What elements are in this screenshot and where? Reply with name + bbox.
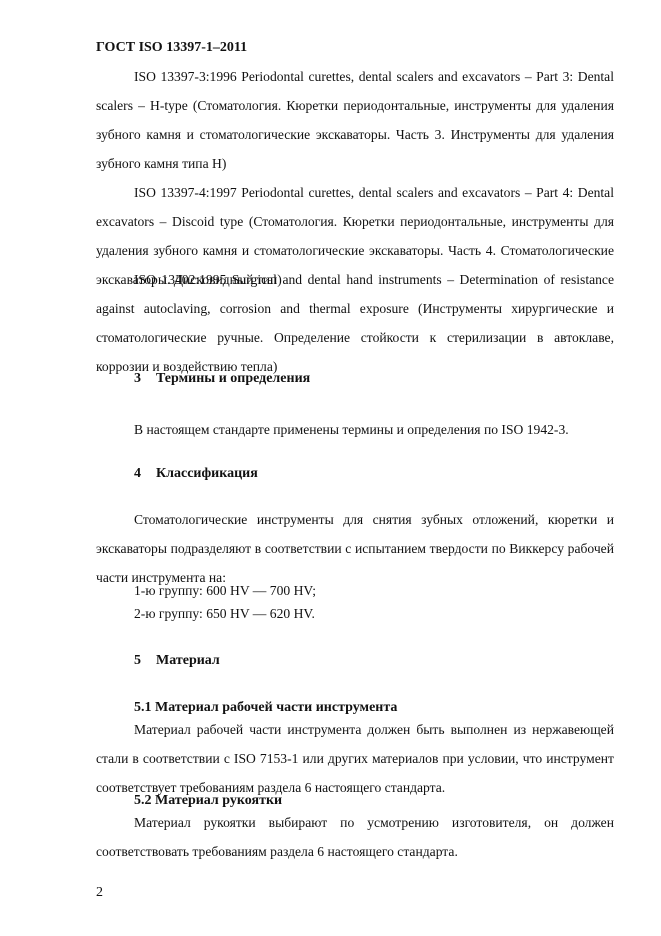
section-number: 3 (134, 370, 156, 388)
subsection-5-2-text: Материал рукоятки выбирают по усмотрению… (96, 808, 614, 866)
section-title: Материал (156, 653, 220, 668)
reference-paragraph: ISO 13402:1995 Surgical and dental hand … (96, 265, 614, 381)
section-3-heading: 3Термины и определения (134, 370, 310, 388)
document-header: ГОСТ ISO 13397-1–2011 (96, 39, 247, 57)
section-title: Классификация (156, 466, 258, 481)
section-4-heading: 4Классификация (134, 465, 258, 483)
reference-paragraph: ISO 13397-3:1996 Periodontal curettes, d… (96, 62, 614, 178)
group-item: 2-ю группу: 650 HV — 620 HV. (134, 605, 315, 623)
section-3-text: В настоящем стандарте применены термины … (134, 421, 569, 439)
group-item: 1-ю группу: 600 HV — 700 HV; (134, 582, 316, 600)
section-number: 5 (134, 652, 156, 670)
page-number: 2 (96, 884, 103, 902)
section-5-heading: 5Материал (134, 652, 220, 670)
section-4-text: Стоматологические инструменты для снятия… (96, 505, 614, 592)
section-title: Термины и определения (156, 371, 310, 386)
subsection-5-1-text: Материал рабочей части инструмента долже… (96, 715, 614, 802)
section-number: 4 (134, 465, 156, 483)
